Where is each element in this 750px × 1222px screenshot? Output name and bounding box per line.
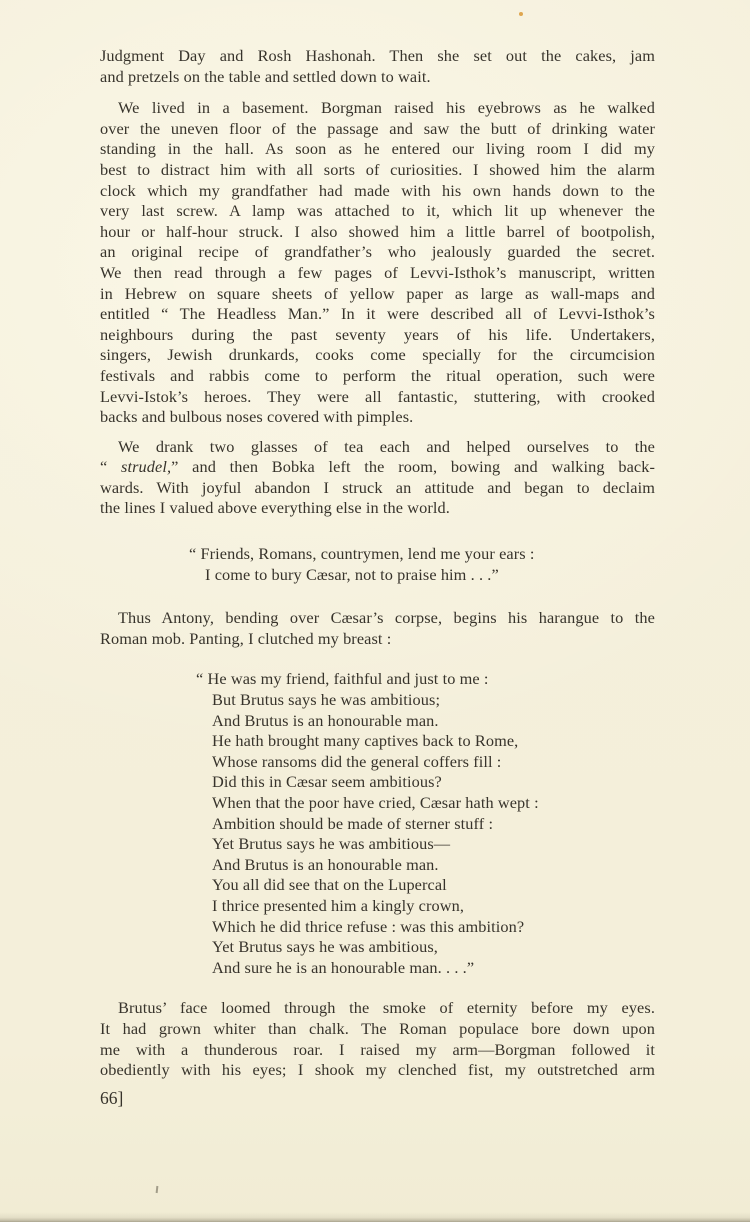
text-line: over the uneven floor of the passage and…	[100, 119, 655, 140]
verse-line: Yet Brutus says he was ambitious,	[212, 937, 655, 958]
text-line: hour or half-hour struck. I also showed …	[100, 222, 655, 243]
verse-line: Did this in Cæsar seem ambitious?	[212, 772, 655, 793]
text-line: in Hebrew on square sheets of yellow pap…	[100, 284, 655, 305]
text-line: standing in the hall. As soon as he ente…	[100, 139, 655, 160]
verse-line: But Brutus says he was ambitious;	[212, 690, 655, 711]
text-line: singers, Jewish drunkards, cooks come sp…	[100, 345, 655, 366]
text-line: neighbours during the past seventy years…	[100, 325, 655, 346]
text-line: entitled “ The Headless Man.” In it were…	[100, 304, 655, 325]
page-number: 66]	[100, 1087, 655, 1109]
paragraph-tea-strudel: We drank two glasses of tea each and hel…	[100, 437, 655, 519]
text-line: best to distract him with all sorts of c…	[100, 160, 655, 181]
verse-line: “ Friends, Romans, countrymen, lend me y…	[205, 544, 655, 565]
paragraph-thus-antony: Thus Antony, bending over Cæsar’s corpse…	[100, 608, 655, 649]
paragraph-basement: We lived in a basement. Borgman raised h…	[100, 98, 655, 428]
text-line: It had grown whiter than chalk. The Roma…	[100, 1019, 655, 1040]
verse-line: And Brutus is an honourable man.	[212, 711, 655, 732]
verse-quote-antony-opening: “ Friends, Romans, countrymen, lend me y…	[205, 544, 655, 585]
text-line: backs and bulbous noses covered with pim…	[100, 407, 655, 428]
text-line: Thus Antony, bending over Cæsar’s corpse…	[100, 608, 655, 629]
verse-line: I thrice presented him a kingly crown,	[212, 896, 655, 917]
page-bottom-edge	[0, 1212, 750, 1222]
text-line: and pretzels on the table and settled do…	[100, 67, 655, 88]
verse-line: And Brutus is an honourable man.	[212, 855, 655, 876]
verse-quote-antony-speech: “ He was my friend, faithful and just to…	[212, 669, 655, 978]
verse-line: And sure he is an honourable man. . . .”	[212, 958, 655, 979]
text-line: an original recipe of grandfather’s who …	[100, 242, 655, 263]
text-line: clock which my grandfather had made with…	[100, 181, 655, 202]
text-line: We lived in a basement. Borgman raised h…	[100, 98, 655, 119]
italic-word-strudel: strudel,	[121, 457, 171, 476]
text-line: me with a thunderous roar. I raised my a…	[100, 1040, 655, 1061]
text-line: “ strudel,” and then Bobka left the room…	[100, 457, 655, 478]
verse-line: Which he did thrice refuse : was this am…	[212, 917, 655, 938]
paragraph-brutus-face: Brutus’ face loomed through the smoke of…	[100, 998, 655, 1080]
text-line: Judgment Day and Rosh Hashonah. Then she…	[100, 46, 655, 67]
text-line: Roman mob. Panting, I clutched my breast…	[100, 629, 655, 650]
text-line: Levvi-Istok’s heroes. They were all fant…	[100, 387, 655, 408]
scan-speck	[156, 1186, 159, 1193]
paragraph-continuation: Judgment Day and Rosh Hashonah. Then she…	[100, 46, 655, 87]
verse-line: He hath brought many captives back to Ro…	[212, 731, 655, 752]
verse-line: Yet Brutus says he was ambitious—	[212, 834, 655, 855]
text-line: Brutus’ face loomed through the smoke of…	[100, 998, 655, 1019]
text-line: wards. With joyful abandon I struck an a…	[100, 478, 655, 499]
verse-line: Whose ransoms did the general coffers fi…	[212, 752, 655, 773]
text-line: very last screw. A lamp was attached to …	[100, 201, 655, 222]
quote-mark: “	[100, 457, 121, 476]
text-span: ” and then Bobka left the room, bowing a…	[171, 457, 655, 476]
scan-speck	[519, 12, 523, 16]
text-line: festivals and rabbis come to perform the…	[100, 366, 655, 387]
verse-line: I come to bury Cæsar, not to praise him …	[205, 565, 655, 586]
text-line: the lines I valued above everything else…	[100, 498, 655, 519]
verse-line: “ He was my friend, faithful and just to…	[212, 669, 655, 690]
verse-line: When that the poor have cried, Cæsar hat…	[212, 793, 655, 814]
text-line: We then read through a few pages of Levv…	[100, 263, 655, 284]
verse-line: You all did see that on the Lupercal	[212, 875, 655, 896]
book-page: Judgment Day and Rosh Hashonah. Then she…	[0, 0, 750, 1222]
verse-line: Ambition should be made of sterner stuff…	[212, 814, 655, 835]
text-line: obediently with his eyes; I shook my cle…	[100, 1060, 655, 1081]
text-column: Judgment Day and Rosh Hashonah. Then she…	[100, 46, 655, 1109]
text-line: We drank two glasses of tea each and hel…	[100, 437, 655, 458]
